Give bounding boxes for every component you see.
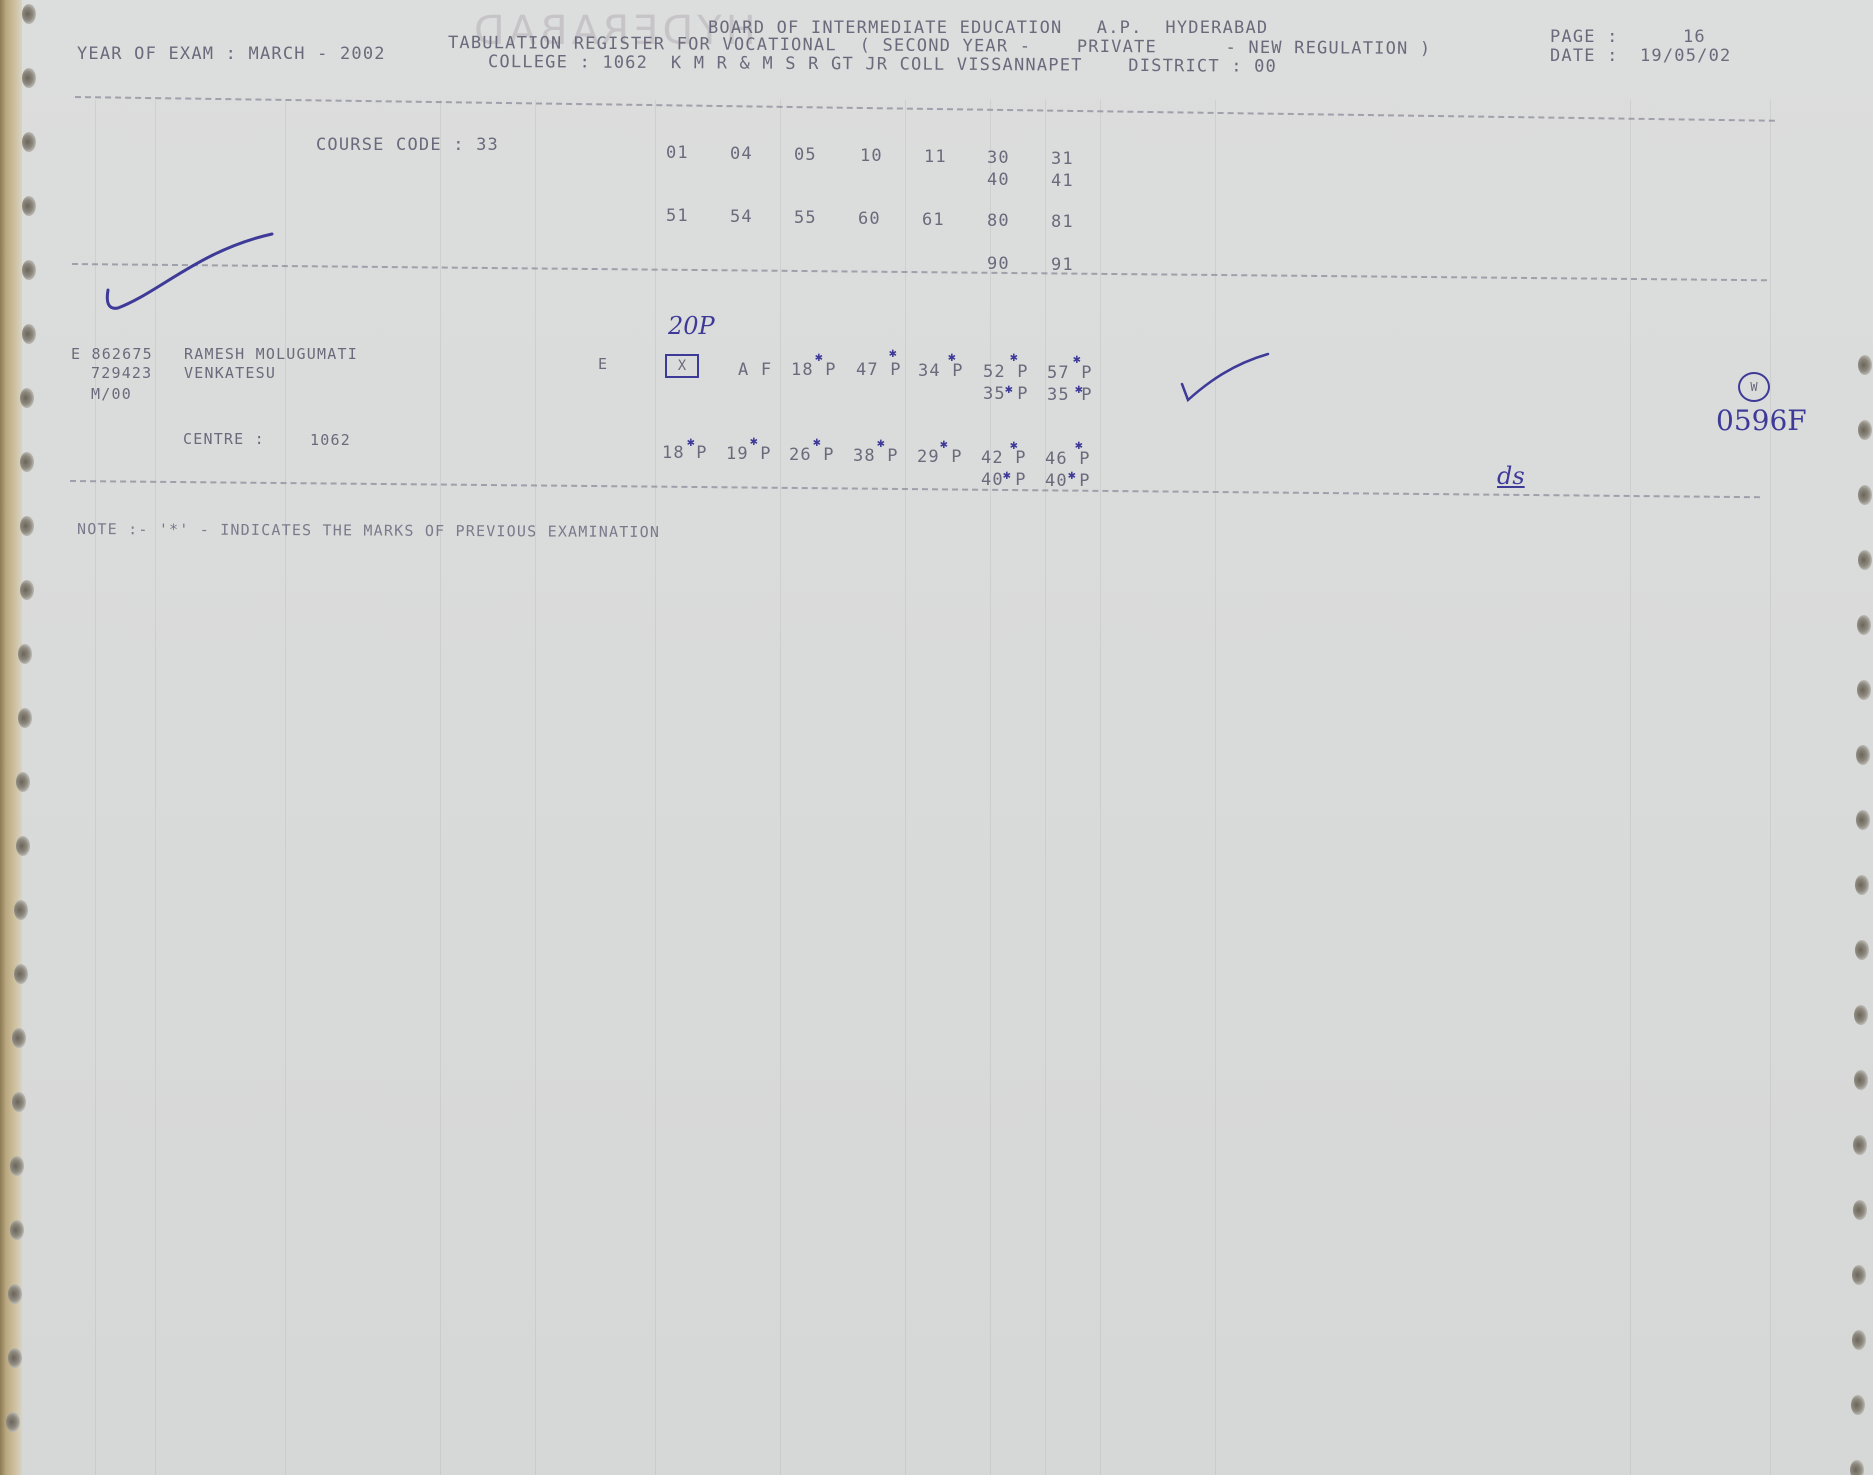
binding-strip xyxy=(0,0,22,1475)
handwritten-initials: ds xyxy=(1497,462,1525,490)
checkmark-icon xyxy=(100,232,280,312)
year-of-exam: YEAR OF EXAM : MARCH - 2002 xyxy=(77,44,386,64)
father-name: VENKATESU xyxy=(184,364,276,382)
page-label: PAGE : xyxy=(1550,27,1619,47)
course-code: COURSE CODE : 33 xyxy=(316,135,499,155)
date-value: 19/05/02 xyxy=(1640,46,1731,66)
registration-number: 729423 xyxy=(91,364,152,382)
checkmark-icon xyxy=(1178,352,1278,404)
date-label: DATE : xyxy=(1550,46,1619,66)
centre-number: 1062 xyxy=(310,431,351,449)
circled-w-mark: W xyxy=(1738,372,1770,402)
hall-ticket-number: E 862675 xyxy=(71,345,153,363)
footnote: NOTE :- '*' - INDICATES THE MARKS OF PRE… xyxy=(77,520,660,541)
handwritten-20p: 20P xyxy=(668,312,715,340)
medium: E xyxy=(598,355,608,373)
page-number: 16 xyxy=(1683,27,1706,47)
candidate-name: RAMESH MOLUGUMATI xyxy=(184,345,358,363)
boxed-mark: X xyxy=(665,354,699,378)
category: M/00 xyxy=(91,385,132,403)
handwritten-code: 0596F xyxy=(1716,404,1807,437)
tabulation-register-page xyxy=(22,0,1873,1475)
centre-label: CENTRE : xyxy=(183,430,265,448)
